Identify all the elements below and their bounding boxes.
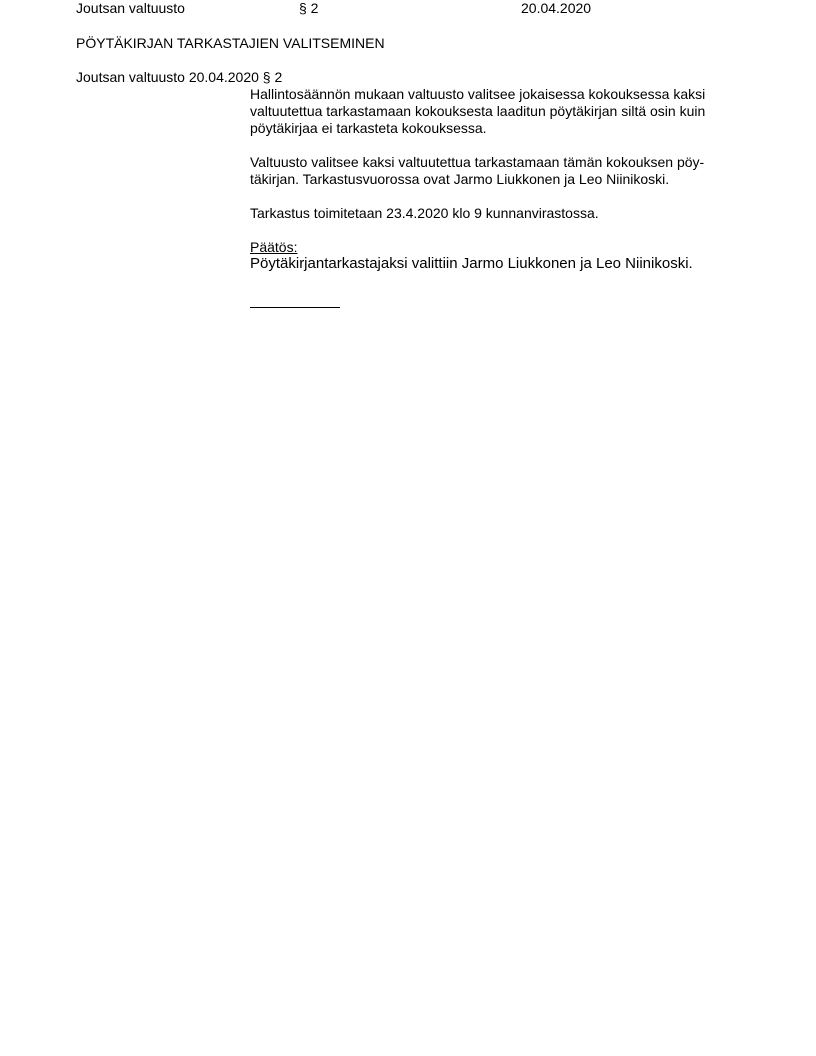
paragraph-line: täkirjan. Tarkastusvuorossa ovat Jarmo L… <box>250 171 740 188</box>
decision-text: Pöytäkirjantarkastajaksi valittiin Jarmo… <box>250 255 740 273</box>
meeting-reference: Joutsan valtuusto 20.04.2020 § 2 <box>76 69 282 85</box>
paragraph-line: pöytäkirjaa ei tarkasteta kokouksessa. <box>250 120 740 137</box>
end-divider <box>250 307 340 308</box>
paragraph-inspection-time: Tarkastus toimitetaan 23.4.2020 klo 9 ku… <box>250 205 740 222</box>
document-title: PÖYTÄKIRJAN TARKASTAJIEN VALITSEMINEN <box>76 35 385 51</box>
paragraph-procedure: Hallintosäännön mukaan valtuusto valitse… <box>250 86 740 137</box>
header-date: 20.04.2020 <box>521 0 591 16</box>
header-section-number: § 2 <box>299 0 318 16</box>
paragraph-line: Valtuusto valitsee kaksi valtuutettua ta… <box>250 154 740 171</box>
paragraph-line: Hallintosäännön mukaan valtuusto valitse… <box>250 86 740 103</box>
paragraph-line: Tarkastus toimitetaan 23.4.2020 klo 9 ku… <box>250 205 740 222</box>
paragraph-proposal: Valtuusto valitsee kaksi valtuutettua ta… <box>250 154 740 188</box>
decision-label: Päätös: <box>250 239 297 255</box>
paragraph-line: valtuutettua tarkastamaan kokouksesta la… <box>250 103 740 120</box>
header-body-name: Joutsan valtuusto <box>76 0 185 16</box>
